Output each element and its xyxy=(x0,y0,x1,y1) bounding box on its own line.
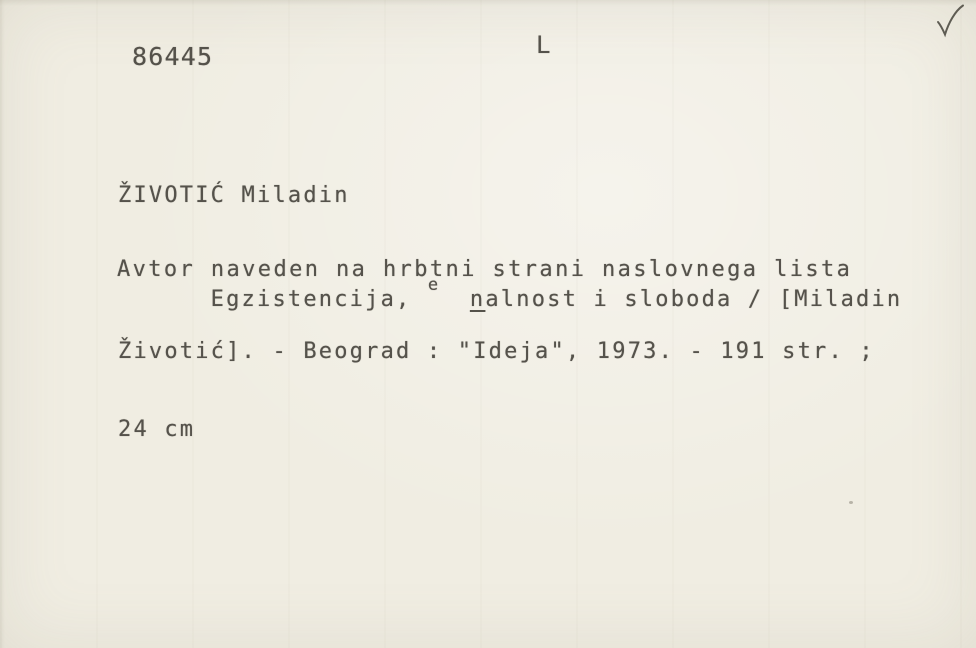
imprint-line: Životić]. - Beograd : "Ideja", 1973. - 1… xyxy=(118,339,902,365)
author-heading: ŽIVOTIĆ Miladin xyxy=(118,183,902,209)
catalog-card: 86445 L ŽIVOTIĆ Miladin Egzistencija, en… xyxy=(0,0,976,648)
ink-speck xyxy=(849,501,853,504)
bibliographic-entry: ŽIVOTIĆ Miladin Egzistencija, enalnost i… xyxy=(118,131,902,495)
title-rest: alnost i sloboda / [Miladin xyxy=(485,287,902,312)
checkmark-icon xyxy=(934,2,968,42)
title-prefix: Egzistencija, xyxy=(211,287,427,312)
extent-line: 24 cm xyxy=(118,417,902,443)
accession-number: 86445 xyxy=(132,42,213,71)
underlined-n: n xyxy=(470,287,485,312)
classification-letter: L xyxy=(536,31,550,59)
typo-correction: en xyxy=(427,287,485,313)
note-line: Avtor naveden na hrbtni strani naslovneg… xyxy=(117,257,852,282)
